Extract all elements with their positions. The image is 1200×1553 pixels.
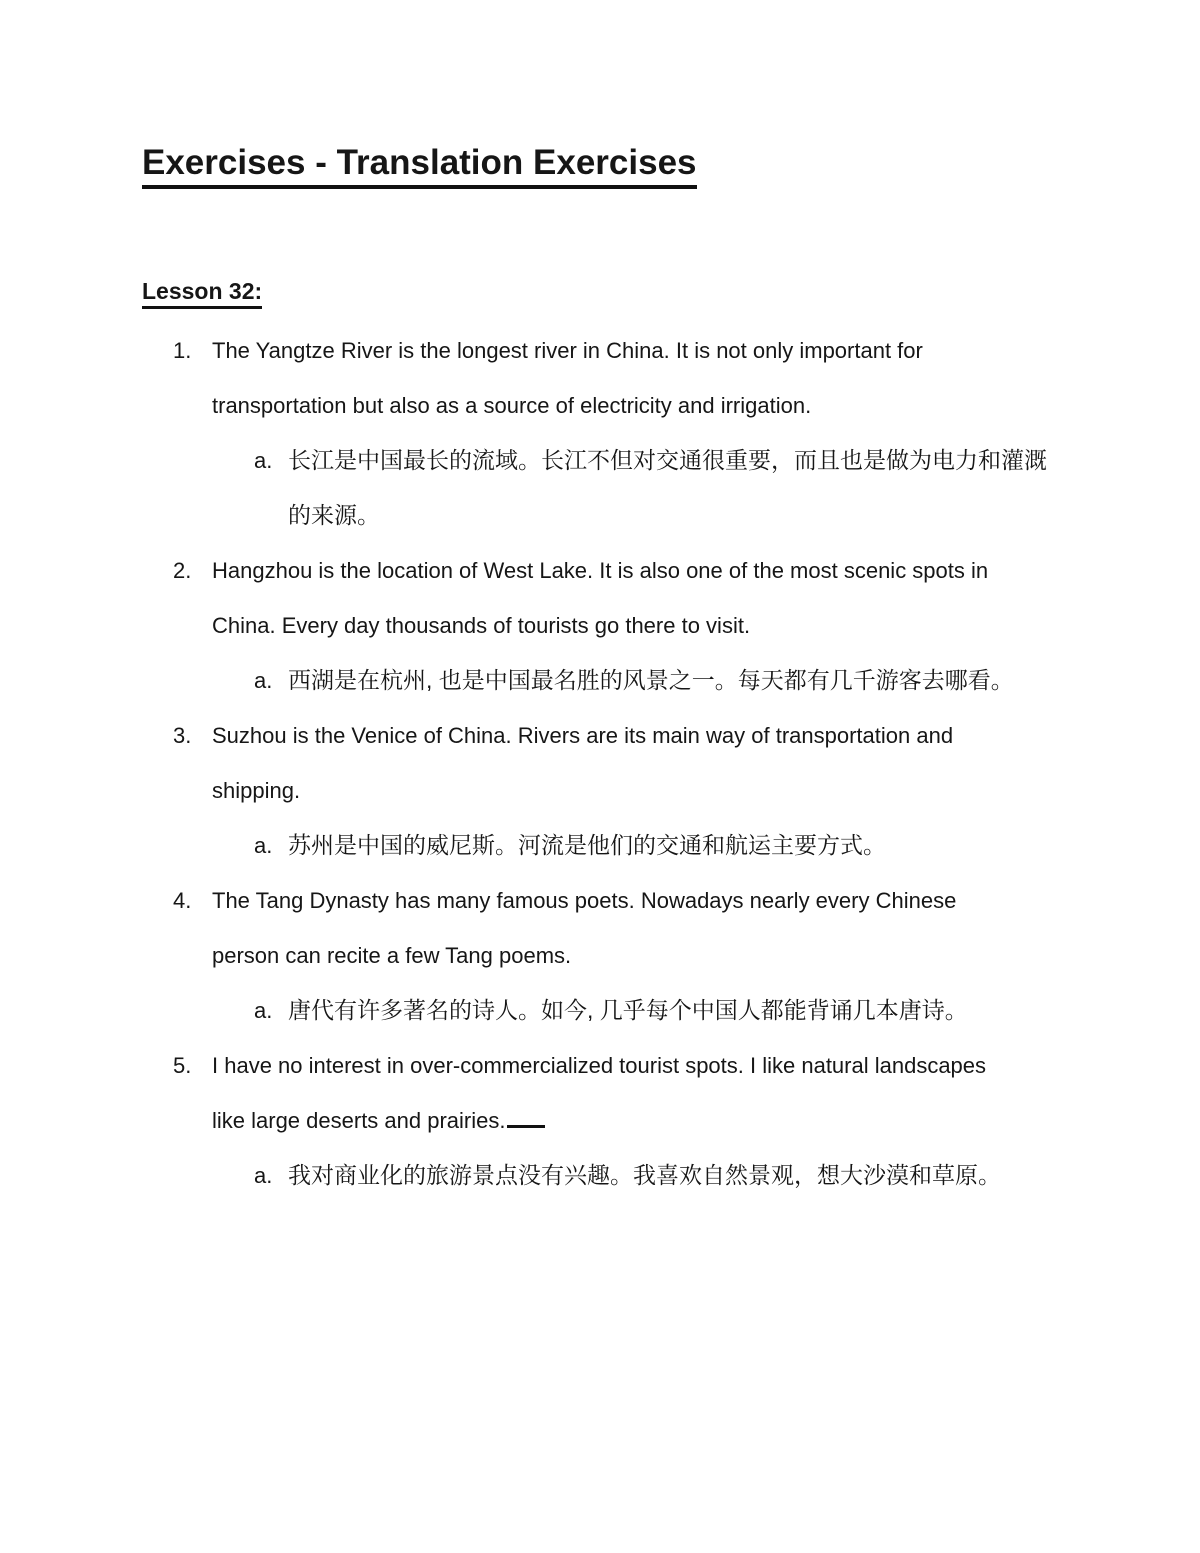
exercise-english-line: 5.I have no interest in over-commerciali… [142,1038,1200,1093]
exercise-english-line: 2.Hangzhou is the location of West Lake.… [142,543,1200,598]
exercise-english-line: 1.The Yangtze River is the longest river… [142,323,1200,378]
exercise-english-text: I have no interest in over-commercialize… [212,1053,986,1078]
exercise-item: 2.Hangzhou is the location of West Lake.… [142,543,1200,708]
exercise-english-text: China. Every day thousands of tourists g… [212,613,750,638]
exercise-english-line: 4.The Tang Dynasty has many famous poets… [142,873,1200,928]
exercise-number: 4. [173,873,191,928]
answer-chinese-text: 西湖是在杭州, 也是中国最名胜的风景之一。每天都有几千游客去哪看。 [288,667,1014,693]
answer-chinese-text: 苏州是中国的威尼斯。河流是他们的交通和航运主要方式。 [288,832,886,858]
exercise-english-line: 3.Suzhou is the Venice of China. Rivers … [142,708,1200,763]
exercise-english-line: transportation but also as a source of e… [142,378,1200,433]
exercise-english-text: shipping. [212,778,300,803]
document-page: Exercises - Translation Exercises Lesson… [0,0,1200,1203]
exercise-number: 1. [173,323,191,378]
exercise-english-text: like large deserts and prairies. [212,1108,505,1133]
answer-label: a. [254,983,272,1038]
answer-label: a. [254,1148,272,1203]
page-title-text: Exercises - Translation Exercises [142,144,697,189]
exercise-list: 1.The Yangtze River is the longest river… [142,323,1200,1203]
exercise-number: 5. [173,1038,191,1093]
exercise-english-line: China. Every day thousands of tourists g… [142,598,1200,653]
exercise-english-text: transportation but also as a source of e… [212,393,811,418]
answer-chinese-text: 我对商业化的旅游景点没有兴趣。我喜欢自然景观，想大沙漠和草原。 [288,1162,1001,1188]
exercise-item: 3.Suzhou is the Venice of China. Rivers … [142,708,1200,873]
exercise-english-text: Suzhou is the Venice of China. Rivers ar… [212,723,953,748]
answer-chinese-text: 唐代有许多著名的诗人。如今, 几乎每个中国人都能背诵几本唐诗。 [288,997,968,1023]
exercise-item: 1.The Yangtze River is the longest river… [142,323,1200,543]
answer-line: a.长江是中国最长的流域。长江不但对交通很重要，而且也是做为电力和灌溉 [142,433,1200,488]
answer-chinese-text: 长江是中国最长的流域。长江不但对交通很重要，而且也是做为电力和灌溉 [288,447,1047,473]
exercise-english-text: person can recite a few Tang poems. [212,943,571,968]
exercise-number: 3. [173,708,191,763]
blank-line [507,1123,545,1128]
answer-line: a.西湖是在杭州, 也是中国最名胜的风景之一。每天都有几千游客去哪看。 [142,653,1200,708]
answer-line: 的来源。 [142,488,1200,543]
lesson-heading-text: Lesson 32: [142,279,262,309]
answer-line: a.苏州是中国的威尼斯。河流是他们的交通和航运主要方式。 [142,818,1200,873]
answer-label: a. [254,818,272,873]
exercise-english-line: person can recite a few Tang poems. [142,928,1200,983]
exercise-english-line: shipping. [142,763,1200,818]
exercise-english-line: like large deserts and prairies. [142,1093,1200,1148]
page-title: Exercises - Translation Exercises [142,144,1200,189]
exercise-english-text: The Yangtze River is the longest river i… [212,338,923,363]
answer-line: a.我对商业化的旅游景点没有兴趣。我喜欢自然景观，想大沙漠和草原。 [142,1148,1200,1203]
exercise-item: 5.I have no interest in over-commerciali… [142,1038,1200,1203]
exercise-english-text: Hangzhou is the location of West Lake. I… [212,558,988,583]
answer-line: a.唐代有许多著名的诗人。如今, 几乎每个中国人都能背诵几本唐诗。 [142,983,1200,1038]
exercise-item: 4.The Tang Dynasty has many famous poets… [142,873,1200,1038]
answer-label: a. [254,433,272,488]
lesson-heading: Lesson 32: [142,279,1200,309]
exercise-english-text: The Tang Dynasty has many famous poets. … [212,888,956,913]
answer-label: a. [254,653,272,708]
exercise-number: 2. [173,543,191,598]
answer-chinese-text: 的来源。 [288,502,380,528]
